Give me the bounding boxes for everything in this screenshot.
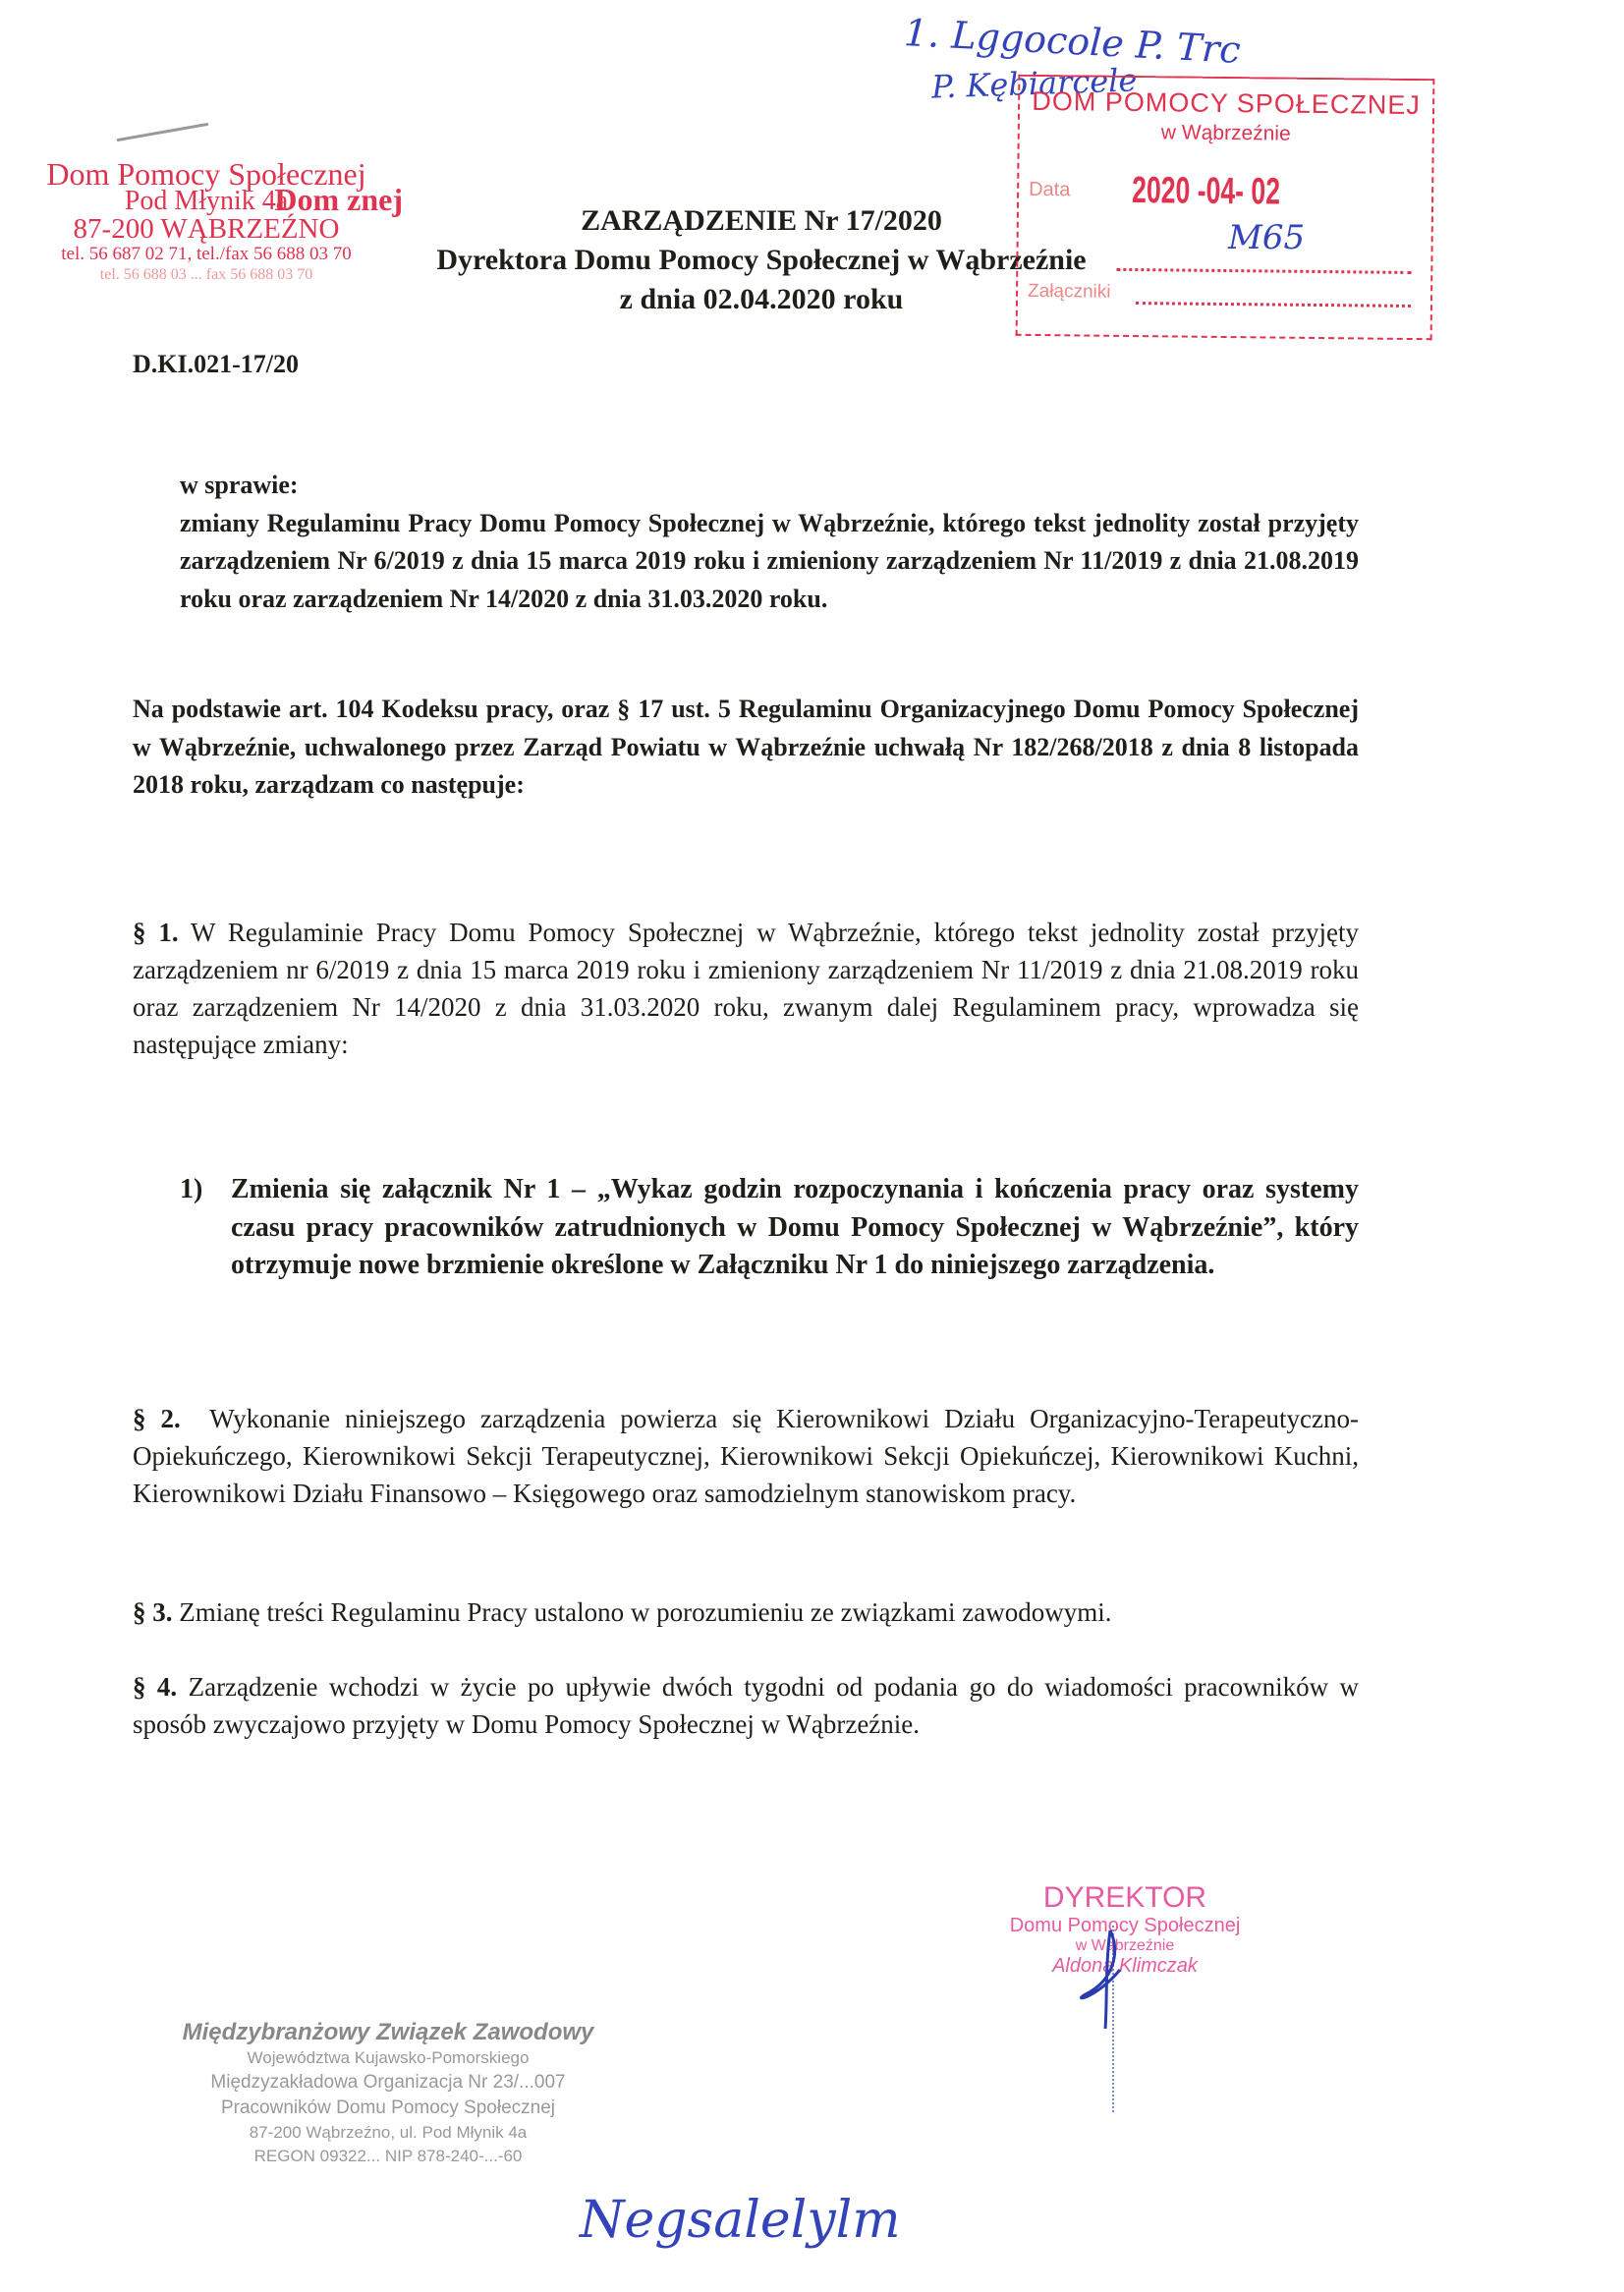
legal-basis: Na podstawie art. 104 Kodeksu pracy, ora…: [133, 691, 1359, 805]
union-line6: REGON 09322... NIP 878-240-...-60: [167, 2145, 609, 2168]
section-1-text: W Regulaminie Pracy Domu Pomocy Społeczn…: [133, 918, 1359, 1059]
section-2: § 2. Wykonanie niniejszego zarządzenia p…: [133, 1400, 1359, 1512]
section-4: § 4. Zarządzenie wchodzi w życie po upły…: [133, 1668, 1359, 1743]
item-text: Zmienia się załącznik Nr 1 – „Wykaz godz…: [231, 1171, 1359, 1285]
section-2-mark: § 2.: [133, 1404, 181, 1433]
subject-block: w sprawie: zmiany Regulaminu Pracy Domu …: [180, 467, 1359, 618]
item-number: 1): [180, 1171, 202, 1209]
institution-stamp: Dom Pomocy Społecznej Dom znej Pod Młyni…: [0, 157, 413, 285]
union-signature: Negsalelylm: [580, 2191, 901, 2250]
reg-stamp-dotted-line-2: [1136, 302, 1411, 307]
subject-text: zmiany Regulaminu Pracy Domu Pomocy Społ…: [180, 505, 1359, 619]
section-4-mark: § 4.: [133, 1672, 177, 1702]
registration-stamp: DOM POMOCY SPOŁECZNEJ w Wąbrzeźnie Data …: [1016, 75, 1435, 340]
handwritten-initials: M65: [1228, 218, 1305, 257]
section-2-text: Wykonanie niniejszego zarządzenia powier…: [133, 1404, 1359, 1508]
pencil-mark: [116, 123, 208, 141]
reg-stamp-attachments-label: Załączniki: [1028, 281, 1111, 304]
reg-stamp-city: w Wąbrzeźnie: [1020, 120, 1432, 147]
signature-scribble-icon: [1076, 1926, 1145, 2034]
stamp-line-city: 87-200 WĄBRZEŹNO: [0, 214, 413, 244]
union-line4: Pracowników Domu Pomocy Społecznej: [167, 2096, 609, 2121]
stamp-line-phone: tel. 56 687 02 71, tel./fax 56 688 03 70: [0, 244, 413, 265]
reg-stamp-date-value: 2020 -04- 02: [1132, 170, 1280, 214]
reg-stamp-organization: DOM POMOCY SPOŁECZNEJ: [1020, 86, 1432, 121]
union-line3: Międzyzakładowa Organizacja Nr 23/...007: [167, 2070, 609, 2096]
union-stamp: Międzybranżowy Związek Zawodowy Wojewódz…: [167, 2019, 609, 2168]
union-line1: Międzybranżowy Związek Zawodowy: [167, 2019, 609, 2046]
subject-label: w sprawie:: [180, 467, 1359, 505]
reg-stamp-dotted-line: [1116, 268, 1411, 274]
stamp-line-phone2: tel. 56 688 03 ... fax 56 688 03 70: [0, 265, 413, 285]
document-reference: D.KI.021-17/20: [133, 350, 299, 379]
section-1-mark: § 1.: [133, 918, 179, 947]
union-line5: 87-200 Wąbrzeźno, ul. Pod Młynik 4a: [167, 2121, 609, 2145]
section-1: § 1. W Regulaminie Pracy Domu Pomocy Spo…: [133, 914, 1359, 1063]
section-3-text: Zmianę treści Regulaminu Pracy ustalono …: [179, 1597, 1111, 1627]
section-4-text: Zarządzenie wchodzi w życie po upływie d…: [133, 1672, 1359, 1739]
union-line2: Województwa Kujawsko-Pomorskiego: [167, 2046, 609, 2070]
director-title: DYREKTOR: [958, 1881, 1292, 1915]
reg-stamp-date-label: Data: [1029, 179, 1070, 201]
section-1-item-1: 1) Zmienia się załącznik Nr 1 – „Wykaz g…: [180, 1171, 1359, 1285]
section-3-mark: § 3.: [133, 1597, 173, 1627]
section-3: § 3. Zmianę treści Regulaminu Pracy usta…: [133, 1593, 1359, 1632]
